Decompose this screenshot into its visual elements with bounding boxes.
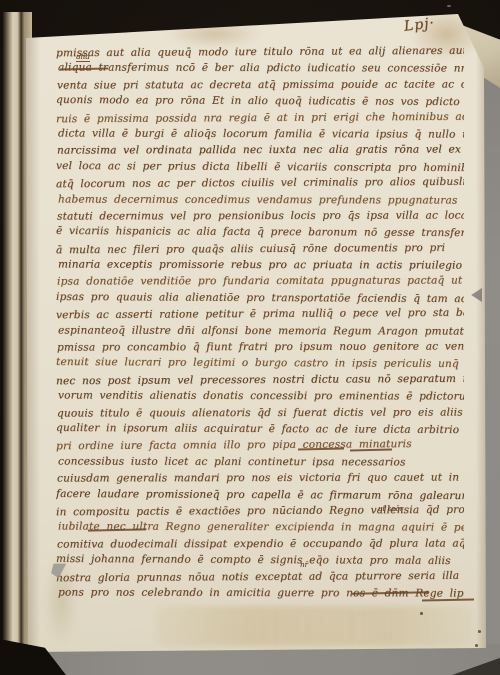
- page-edge-notch: [470, 288, 482, 302]
- manuscript-line: ruis ē pmissima possida nra regia ē at i…: [56, 108, 464, 127]
- discoloration-band: [156, 606, 472, 646]
- manuscript-line: concessibus iusto licet ac plani contine…: [58, 453, 464, 470]
- manuscript-line: statuti decernimus vel pro pensionibus l…: [57, 207, 464, 224]
- manuscript-line: verbis ac asserti ratione petitur ē prim…: [56, 305, 464, 324]
- manuscript-line: missi johanna fernando ē compto ē signis…: [56, 551, 464, 570]
- manuscript-line: habemus decernimus concedimus vendamus p…: [58, 191, 464, 208]
- dust-speck: [447, 5, 451, 7]
- manuscript-line: ā multa nec fileri pro quaq̄s aliis cuiu…: [56, 239, 464, 258]
- manuscript-photo: Lpj· pmissas aut alia queuq̄ modo iure t…: [0, 0, 500, 675]
- manuscript-line: nostra gloria prunnas nōua notis excepta…: [56, 567, 464, 586]
- manuscript-line: tenuit siue lucrari pro legitimi o burgo…: [56, 354, 464, 373]
- manuscript-line: ē vicariis hispanicis ac alia facta q̄ p…: [56, 223, 464, 242]
- manuscript-line: quonis modo ea pro rōna Et in alio quoq̄…: [56, 92, 464, 111]
- manuscript-line: venta siue pri statuta ac decreta atq̄ p…: [57, 76, 464, 93]
- manuscript-line: iubilate nec ultra Regno generaliter exc…: [58, 519, 464, 536]
- ink-dot: [478, 630, 481, 633]
- manuscript-line: quouis titulo ē quouis alienatoris q̄d s…: [57, 404, 464, 421]
- manuscript-line: ipsa donatiōe venditiōe pro fundaria com…: [57, 273, 464, 290]
- ink-dot: [475, 644, 478, 647]
- interlinear-insertion: alia: [76, 52, 90, 62]
- manuscript-line: narcissima vel ordinata pallida nec iuxt…: [57, 142, 464, 159]
- text-block: pmissas aut alia queuq̄ modo iure titulo…: [56, 44, 464, 609]
- manuscript-line: minaria exceptis promissorie rebus pro a…: [58, 257, 464, 274]
- manuscript-line: dicta villa ē burgi ē alioq̄s locorum fa…: [58, 125, 464, 142]
- folio-number: Lpj·: [403, 15, 436, 35]
- interlinear-insertion: ut seq̄r: [378, 505, 403, 513]
- manuscript-line: atq̄ locorum nos ac per dictos ciuilis v…: [56, 174, 464, 193]
- manuscript-line: aliqua transferimus ncō ē ber alia pdict…: [58, 60, 464, 77]
- manuscript-line: comitiva duodecimali dissipat expendio ē…: [57, 535, 464, 552]
- manuscript-page: Lpj· pmissas aut alia queuq̄ modo iure t…: [18, 8, 490, 654]
- manuscript-line: cuiusdam generalis mandari pro nos eis v…: [57, 470, 464, 487]
- ink-dot: [420, 612, 423, 615]
- manuscript-line: espinanteoq̄ illustre dn̄i alfonsi bone …: [58, 322, 464, 339]
- interlinear-insertion: nr̄: [300, 561, 308, 569]
- manuscript-line: pri ordine iure facta omnia illo pro pip…: [56, 436, 464, 455]
- manuscript-line: vorum venditis alienatis donatis concess…: [58, 388, 464, 405]
- manuscript-line: nec nos post ipsum vel precessores nostr…: [56, 371, 464, 390]
